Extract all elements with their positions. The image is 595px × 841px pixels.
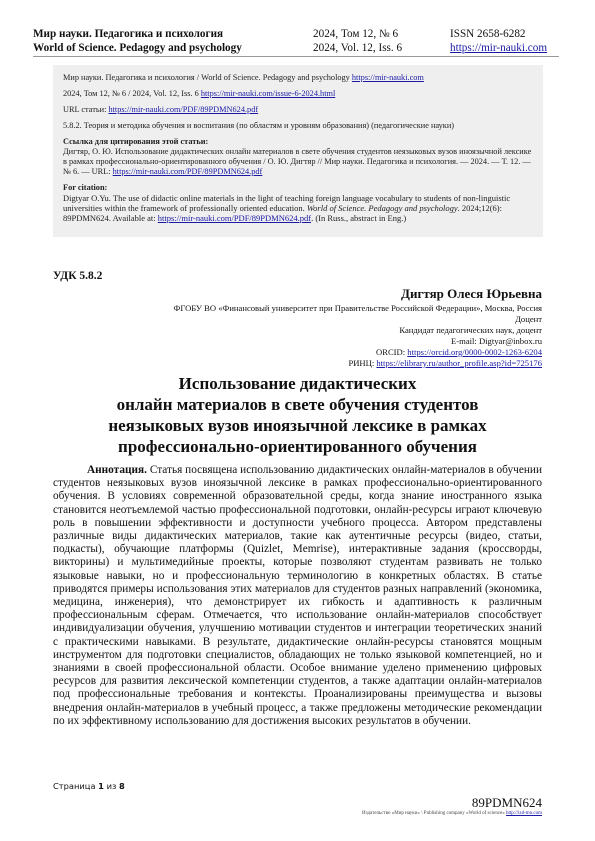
citation-ru: Дигтяр, О. Ю. Использование дидактически…	[63, 147, 533, 177]
page-total: 8	[119, 781, 125, 791]
article-title: Использование дидактических онлайн матер…	[53, 373, 542, 457]
citation-en: Digtyar O.Yu. The use of didactic online…	[63, 193, 533, 223]
citation-en-tail: . (In Russ., abstract in Eng.)	[311, 213, 406, 223]
article-code: 89PDMN624	[472, 795, 542, 811]
author-degree: Кандидат педагогических наук, доцент	[62, 325, 542, 336]
citation-en-journal: World of Science. Pedagogy and psycholog…	[307, 203, 458, 213]
publisher-link[interactable]: http://izd-mn.com	[506, 811, 542, 816]
title-line: онлайн материалов в свете обучения студе…	[53, 394, 542, 415]
title-line: профессионально-ориентированного обучени…	[53, 436, 542, 457]
title-line: Использование дидактических	[53, 373, 542, 394]
abstract: Аннотация. Статья посвящена использовани…	[53, 464, 542, 728]
issn: ISSN 2658-6282	[450, 27, 547, 41]
abstract-text: Статья посвящена использованию дидактиче…	[53, 464, 542, 727]
issue-line-text: 2024, Том 12, № 6 / 2024, Vol. 12, Iss. …	[63, 89, 201, 98]
specialty-line: 5.8.2. Теория и методика обучения и восп…	[63, 121, 533, 131]
journal-name-en: World of Science. Pedagogy and psycholog…	[33, 41, 242, 55]
site-link[interactable]: https://mir-nauki.com	[450, 42, 547, 54]
title-line: неязыковых вузов иноязычной лексике в ра…	[53, 415, 542, 436]
udk-code: УДК 5.8.2	[53, 270, 102, 282]
rinc-link[interactable]: https://elibrary.ru/author_profile.asp?i…	[376, 358, 542, 368]
issue-en: 2024, Vol. 12, Iss. 6	[313, 41, 402, 55]
journal-link[interactable]: https://mir-nauki.com	[352, 73, 424, 82]
page-number: Страница 1 из 8	[53, 781, 125, 791]
author-affiliation: ФГОБУ ВО «Финансовый университет при Пра…	[62, 303, 542, 314]
issue-link[interactable]: https://mir-nauki.com/issue-6-2024.html	[201, 89, 335, 98]
page-sep: из	[104, 781, 119, 791]
citation-info-box: Мир науки. Педагогика и психология / Wor…	[53, 65, 543, 237]
article-url-link[interactable]: https://mir-nauki.com/PDF/89PDMN624.pdf	[108, 105, 258, 114]
abstract-label: Аннотация.	[87, 464, 147, 476]
issue-line: 2024, Том 12, № 6 / 2024, Vol. 12, Iss. …	[63, 89, 533, 99]
orcid-label: ORCID:	[376, 347, 407, 357]
publisher-text: Издательство «Мир науки» \ Publishing co…	[362, 811, 506, 816]
author-email: E-mail: Digtyar@inbox.ru	[62, 336, 542, 347]
rinc-label: РИНЦ:	[348, 358, 376, 368]
author-block: Дигтяр Олеся Юрьевна ФГОБУ ВО «Финансовы…	[62, 286, 542, 369]
author-orcid: ORCID: https://orcid.org/0000-0002-1263-…	[62, 347, 542, 358]
journal-line: Мир науки. Педагогика и психология / Wor…	[63, 73, 533, 83]
citation-en-link[interactable]: https://mir-nauki.com/PDF/89PDMN624.pdf	[158, 213, 311, 223]
publisher-line: Издательство «Мир науки» \ Publishing co…	[362, 811, 542, 816]
article-url-label: URL статьи:	[63, 105, 108, 114]
citation-ru-heading: Ссылка для цитирования этой статьи:	[63, 137, 533, 147]
author-rinc: РИНЦ: https://elibrary.ru/author_profile…	[62, 358, 542, 369]
journal-line-text: Мир науки. Педагогика и психология / Wor…	[63, 73, 352, 82]
orcid-link[interactable]: https://orcid.org/0000-0002-1263-6204	[407, 347, 542, 357]
citation-en-heading: For citation:	[63, 183, 533, 193]
issue-ru: 2024, Том 12, № 6	[313, 27, 402, 41]
journal-name-ru: Мир науки. Педагогика и психология	[33, 27, 242, 41]
header-issn: ISSN 2658-6282 https://mir-nauki.com	[450, 27, 547, 55]
page-prefix: Страница	[53, 781, 98, 791]
header-issue: 2024, Том 12, № 6 2024, Vol. 12, Iss. 6	[313, 27, 402, 55]
author-name: Дигтяр Олеся Юрьевна	[62, 286, 542, 302]
author-position: Доцент	[62, 314, 542, 325]
article-url-line: URL статьи: https://mir-nauki.com/PDF/89…	[63, 105, 533, 115]
header-journal: Мир науки. Педагогика и психология World…	[33, 27, 242, 55]
citation-ru-link[interactable]: https://mir-nauki.com/PDF/89PDMN624.pdf	[113, 167, 263, 176]
running-header: Мир науки. Педагогика и психология World…	[33, 26, 559, 57]
